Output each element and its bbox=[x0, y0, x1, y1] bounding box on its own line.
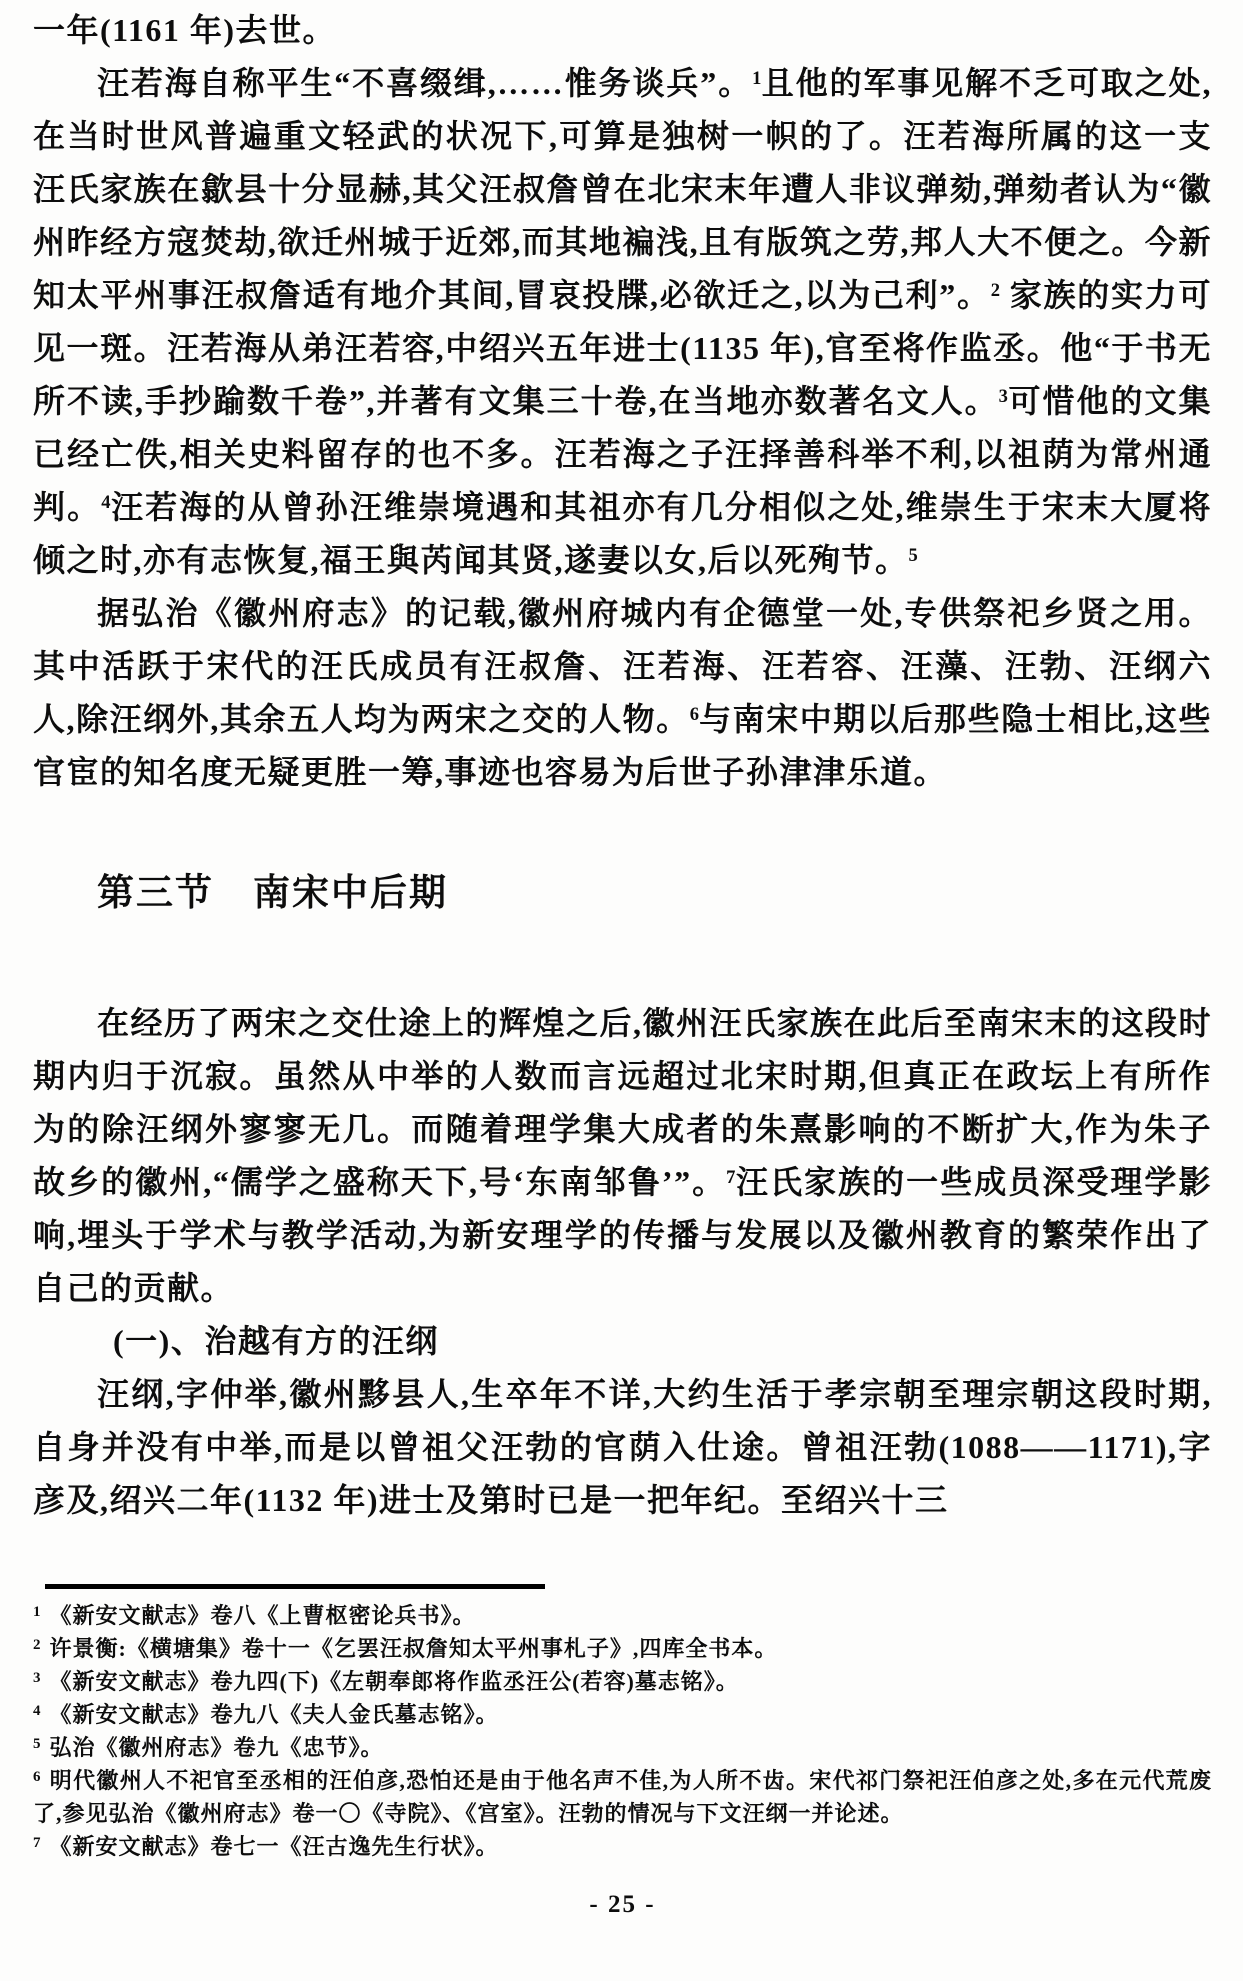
footnote: 3《新安文献志》卷九四(下)《左朝奉郎将作监丞汪公(若容)墓志铭》。 bbox=[33, 1665, 1212, 1698]
footnote-text: 《新安文献志》卷九四(下)《左朝奉郎将作监丞汪公(若容)墓志铭》。 bbox=[50, 1669, 739, 1694]
footnote: 5弘治《徽州府志》卷九《忠节》。 bbox=[33, 1731, 1212, 1764]
text-run: 且他的军事见解不乏可取之处,在当时世风普遍重文轻武的状况下,可算是独树一帜的了。… bbox=[33, 65, 1212, 313]
footnote-number: 3 bbox=[33, 1670, 42, 1686]
footnote-text: 明代徽州人不祀官至丞相的汪伯彦,恐怕还是由于他名声不佳,为人所不齿。宋代祁门祭祀… bbox=[33, 1768, 1212, 1826]
footnote-text: 许景衡:《横塘集》卷十一《乞罢汪叔詹知太平州事札子》,四库全书本。 bbox=[50, 1636, 778, 1661]
text-run: 汪若海的从曾孙汪维崇境遇和其祖亦有几分相似之处,维崇生于宋末大厦将倾之时,亦有志… bbox=[33, 489, 1212, 578]
footnote: 2许景衡:《横塘集》卷十一《乞罢汪叔詹知太平州事札子》,四库全书本。 bbox=[33, 1632, 1212, 1665]
footnote: 7《新安文献志》卷七一《汪古逸先生行状》。 bbox=[33, 1830, 1212, 1863]
footnote-text: 弘治《徽州府志》卷九《忠节》。 bbox=[50, 1735, 384, 1760]
text-run: 汪纲,字仲举,徽州黟县人,生卒年不详,大约生活于孝宗朝至理宗朝这段时期,自身并没… bbox=[33, 1376, 1212, 1518]
footnote-divider bbox=[45, 1584, 545, 1589]
paragraph: 一年(1161 年)去世。 bbox=[33, 4, 1212, 57]
footnote-text: 《新安文献志》卷七一《汪古逸先生行状》。 bbox=[50, 1834, 499, 1859]
footnote-number: 6 bbox=[33, 1769, 42, 1785]
footnote-ref: 2 bbox=[991, 280, 1000, 301]
footnote: 1《新安文献志》卷八《上曹枢密论兵书》。 bbox=[33, 1599, 1212, 1632]
text-run: 一年(1161 年)去世。 bbox=[33, 12, 336, 48]
footnote-ref: 6 bbox=[690, 704, 699, 725]
scanned-book-page: 一年(1161 年)去世。汪若海自称平生“不喜缀缉,……惟务谈兵”。1且他的军事… bbox=[0, 0, 1243, 1981]
footnote-ref: 5 bbox=[909, 545, 918, 566]
footnotes-section: 1《新安文献志》卷八《上曹枢密论兵书》。2许景衡:《横塘集》卷十一《乞罢汪叔詹知… bbox=[33, 1599, 1212, 1863]
footnote-ref: 3 bbox=[999, 386, 1008, 407]
footnote: 6明代徽州人不祀官至丞相的汪伯彦,恐怕还是由于他名声不佳,为人所不齿。宋代祁门祭… bbox=[33, 1764, 1212, 1830]
footnote-number: 7 bbox=[33, 1835, 42, 1851]
paragraph: 汪若海自称平生“不喜缀缉,……惟务谈兵”。1且他的军事见解不乏可取之处,在当时世… bbox=[33, 57, 1212, 587]
footnote-number: 2 bbox=[33, 1637, 42, 1653]
footnote-number: 5 bbox=[33, 1736, 42, 1752]
page-number: - 25 - bbox=[33, 1891, 1212, 1919]
text-run: 第三节 南宋中后期 bbox=[97, 873, 448, 914]
text-run: (一)、治越有方的汪纲 bbox=[113, 1323, 439, 1359]
subsection-heading: (一)、治越有方的汪纲 bbox=[33, 1315, 1212, 1368]
section-heading: 第三节 南宋中后期 bbox=[97, 866, 1212, 922]
paragraph: 据弘治《徽州府志》的记载,徽州府城内有企德堂一处,专供祭祀乡贤之用。其中活跃于宋… bbox=[33, 587, 1212, 799]
footnote-number: 4 bbox=[33, 1703, 42, 1719]
paragraph: 在经历了两宋之交仕途上的辉煌之后,徽州汪氏家族在此后至南宋末的这段时期内归于沉寂… bbox=[33, 997, 1212, 1315]
paragraph: 汪纲,字仲举,徽州黟县人,生卒年不详,大约生活于孝宗朝至理宗朝这段时期,自身并没… bbox=[33, 1368, 1212, 1527]
footnote: 4《新安文献志》卷九八《夫人金氏墓志铭》。 bbox=[33, 1698, 1212, 1731]
footnote-text: 《新安文献志》卷八《上曹枢密论兵书》。 bbox=[50, 1603, 476, 1628]
text-run: 汪若海自称平生“不喜缀缉,……惟务谈兵”。 bbox=[97, 65, 752, 101]
footnote-ref: 4 bbox=[101, 492, 110, 513]
footnote-text: 《新安文献志》卷九八《夫人金氏墓志铭》。 bbox=[50, 1702, 499, 1727]
footnote-ref: 1 bbox=[752, 68, 761, 89]
body-text: 一年(1161 年)去世。汪若海自称平生“不喜缀缉,……惟务谈兵”。1且他的军事… bbox=[33, 4, 1212, 1527]
footnote-number: 1 bbox=[33, 1604, 42, 1620]
